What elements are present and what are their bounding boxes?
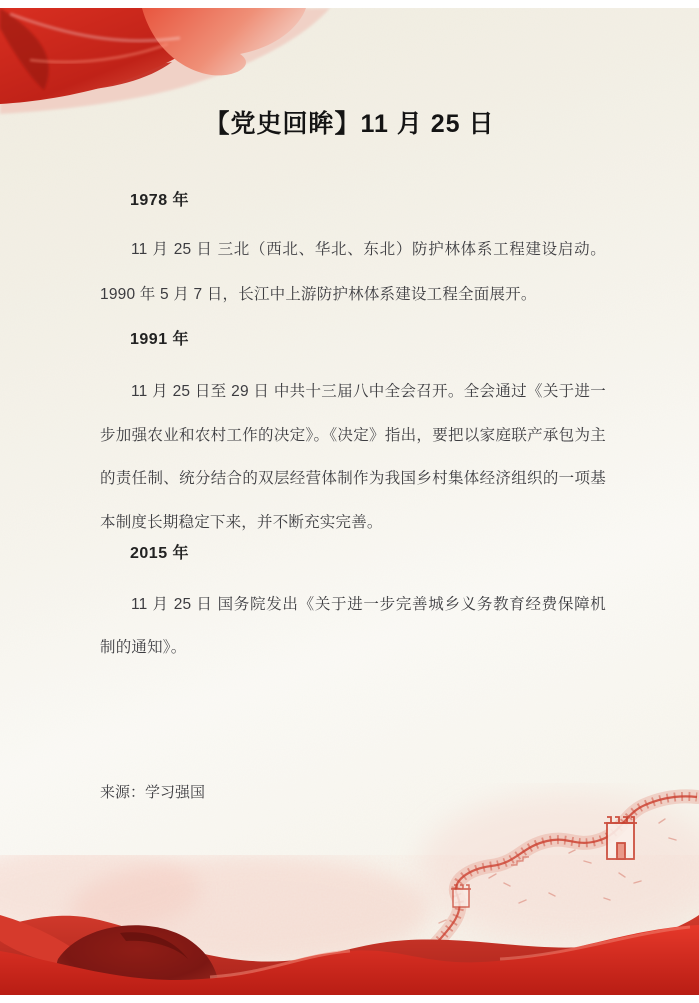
- page-title: 【党史回眸】11 月 25 日: [0, 106, 699, 142]
- event-paragraph-2015: 11 月 25 日 国务院发出《关于进一步完善城乡义务教育经费保障机制的通知》。: [100, 583, 606, 669]
- event-paragraph-1978: 11 月 25 日 三北（西北、华北、东北）防护林体系工程建设启动。1990 年…: [100, 227, 606, 317]
- section-year-1978: 1978 年: [130, 189, 189, 213]
- source-label: 来源：学习强国: [100, 781, 205, 805]
- section-year-1991: 1991 年: [130, 328, 189, 352]
- section-year-2015: 2015 年: [130, 542, 189, 566]
- document-body: 【党史回眸】11 月 25 日 1978 年 11 月 25 日 三北（西北、华…: [0, 0, 699, 1003]
- event-paragraph-1991: 11 月 25 日至 29 日 中共十三届八中全会召开。全会通过《关于进一步加强…: [100, 370, 606, 544]
